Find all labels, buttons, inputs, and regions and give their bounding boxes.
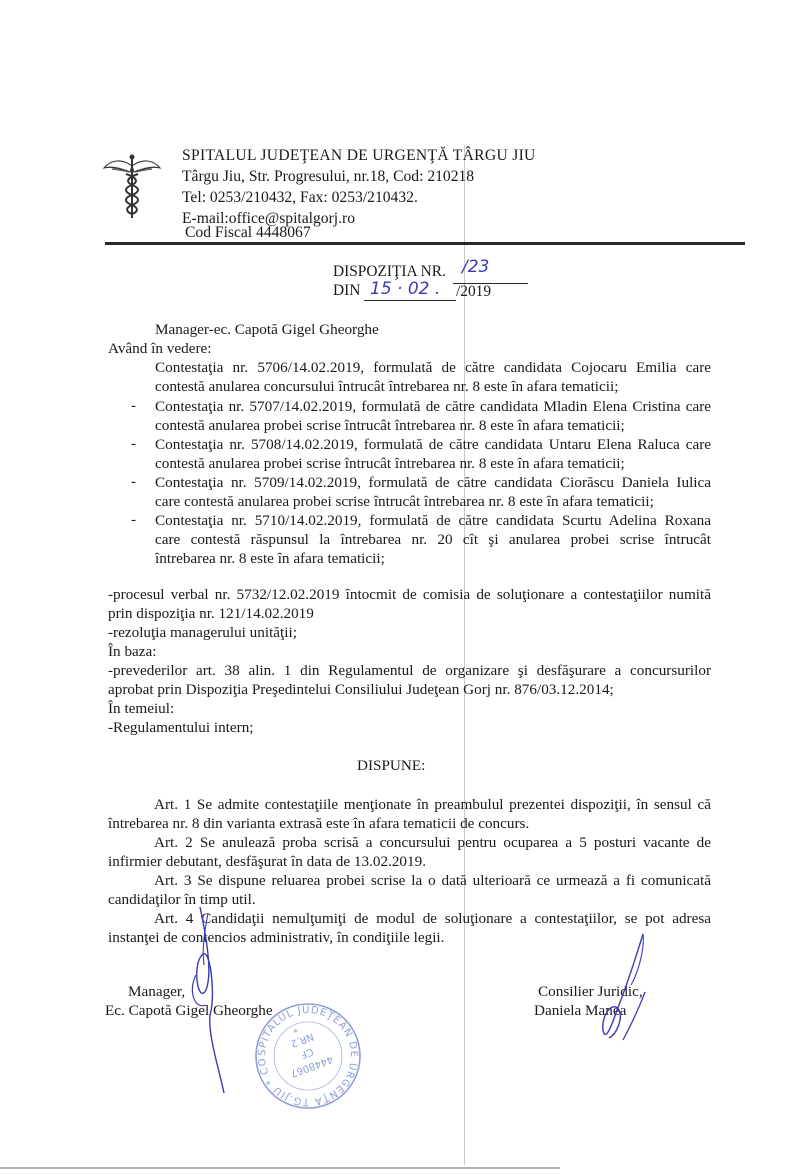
scan-bottom-edge <box>0 1167 560 1169</box>
internal-rules: -Regulamentului intern; <box>108 718 254 737</box>
disposition-year: /2019 <box>456 283 491 301</box>
grounds-label: În temeiul: <box>108 699 174 718</box>
considering-label: Având în vedere: <box>108 339 211 358</box>
disposition-number-handwritten: /23 <box>462 257 489 277</box>
appeal-1-line2: contestă anularea concursului întrucât î… <box>155 377 618 396</box>
svg-text:*: * <box>293 1028 298 1039</box>
manager-title: Manager, <box>128 982 185 1001</box>
institution-fiscal-code: Cod Fiscal 4448067 <box>185 222 311 243</box>
legal-advisor-signature-icon <box>595 930 655 1045</box>
appeal-2-line1: Contestaţia nr. 5707/14.02.2019, formula… <box>155 397 711 416</box>
appeal-2-line2: contestă anularea probei scrise întrucât… <box>155 416 625 435</box>
bullet-dash: - <box>131 435 136 453</box>
issuer-line: Manager-ec. Capotă Gigel Gheorghe <box>155 320 379 339</box>
manager-signature-icon <box>180 905 240 1095</box>
svg-text:CF: CF <box>299 1045 315 1060</box>
appeal-5-line1: Contestaţia nr. 5710/14.02.2019, formula… <box>155 511 711 530</box>
appeal-4-line2: care contestă anularea probei scrise înt… <box>155 492 654 511</box>
article-2-line2: infirmier debutant, desfăşurat în data d… <box>108 852 426 871</box>
appeal-4-line1: Contestaţia nr. 5709/14.02.2019, formula… <box>155 473 711 492</box>
header-divider <box>105 242 745 245</box>
regulation-line1: -prevederilor art. 38 alin. 1 din Regula… <box>108 661 711 680</box>
date-underline <box>364 300 456 301</box>
disposition-date-label: DIN <box>333 282 360 300</box>
caduceus-icon <box>102 152 162 222</box>
appeal-1-line1: Contestaţia nr. 5706/14.02.2019, formula… <box>155 358 711 377</box>
appeal-5-line2: care contestă răspunsul la întrebarea nr… <box>155 530 711 549</box>
based-on-label: În baza: <box>108 642 156 661</box>
institution-stamp-icon: SPITALUL JUDEŢEAN DE URGENŢĂ TG.JIU * CO… <box>253 1000 363 1112</box>
bullet-dash: - <box>131 473 136 491</box>
appeal-3-line2: contestă anularea probei scrise întrucât… <box>155 454 625 473</box>
article-3-line1: Art. 3 Se dispune reluarea probei scrise… <box>154 871 711 890</box>
manager-resolution: -rezoluţia managerului unităţii; <box>108 623 297 642</box>
institution-address: Târgu Jiu, Str. Progresului, nr.18, Cod:… <box>182 166 474 187</box>
article-1-line1: Art. 1 Se admite contestaţiile menţionat… <box>154 795 711 814</box>
appeal-3-line1: Contestaţia nr. 5708/14.02.2019, formula… <box>155 435 711 454</box>
minutes-line1: -procesul verbal nr. 5732/12.02.2019 înt… <box>108 585 711 604</box>
article-2-line1: Art. 2 Se anulează proba scrisă a concur… <box>154 833 711 852</box>
disposes-heading: DISPUNE: <box>357 756 425 775</box>
disposition-date-handwritten: 15 · 02 . <box>370 279 440 299</box>
regulation-line2: aprobat prin Dispoziţia Preşedintelui Co… <box>108 680 614 699</box>
article-1-line2: întrebarea nr. 8 din varianta extrasă es… <box>108 814 529 833</box>
institution-phone-fax: Tel: 0253/210432, Fax: 0253/210432. <box>182 187 418 208</box>
bullet-dash: - <box>131 397 136 415</box>
institution-name: SPITALUL JUDEŢEAN DE URGENŢĂ TÂRGU JIU <box>182 145 536 166</box>
article-4-line2: instanţei de contencios administrativ, î… <box>108 928 444 947</box>
bullet-dash: - <box>131 511 136 529</box>
appeal-5-line3: întrebarea nr. 8 este în afara tematicii… <box>155 549 385 568</box>
minutes-line2: prin dispoziţia nr. 121/14.02.2019 <box>108 604 314 623</box>
